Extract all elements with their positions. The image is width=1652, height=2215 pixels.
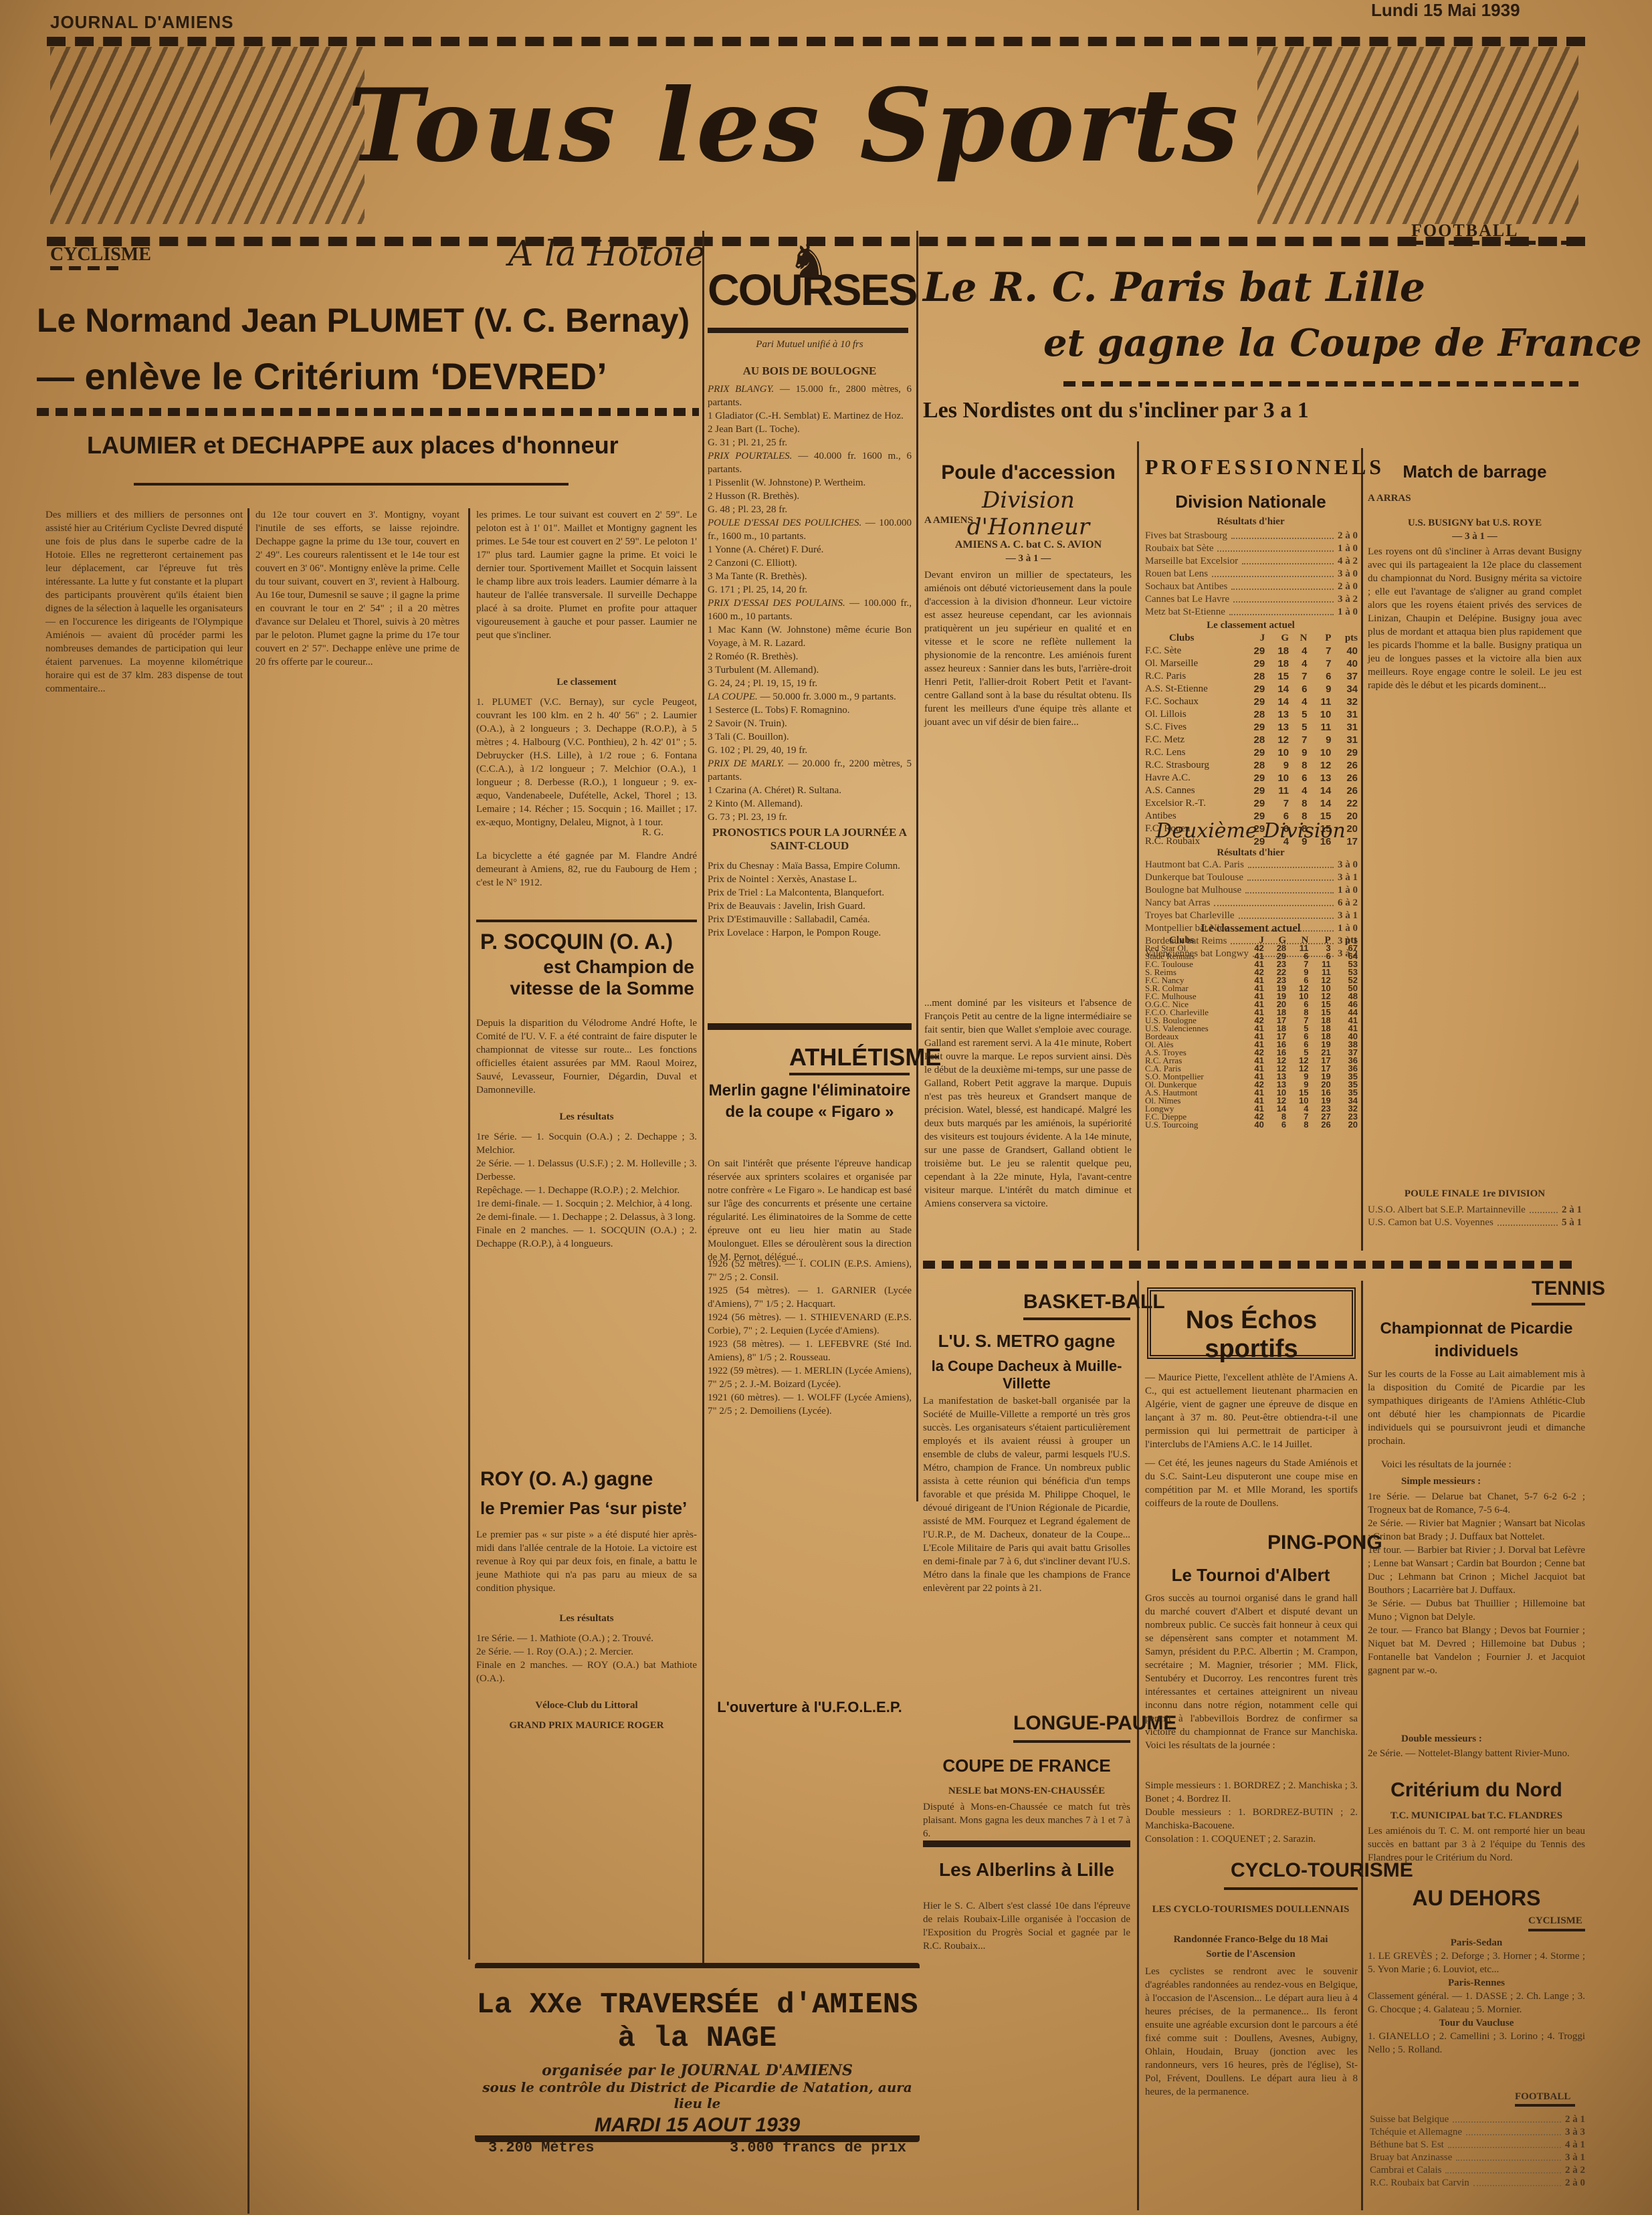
section-label-tennis: TENNIS xyxy=(1532,1277,1605,1300)
section-label-athletisme: ATHLÉTISME xyxy=(789,1043,941,1071)
result-line: 1921 (60 mètres). — 1. WOLFF (Lycée Amie… xyxy=(708,1391,912,1418)
result-line: Simple messieurs : 1. BORDREZ ; 2. Manch… xyxy=(1145,1779,1358,1806)
subheading: Les résultats xyxy=(476,1612,697,1625)
result-line: 1re Série. — 1. Socquin (O.A.) ; 2. Dech… xyxy=(476,1130,697,1157)
column-divider xyxy=(1361,448,1363,1251)
result-line: Troyes bat Charleville3 à 1 xyxy=(1145,910,1358,922)
result-line: 2e tour. — Franco bat Blangy ; Devos bat… xyxy=(1368,1624,1585,1677)
article-body: Le premier pas « sur piste » a été dispu… xyxy=(476,1528,697,1595)
control-text: sous le contrôle du District de Picardie… xyxy=(475,2079,920,2111)
results-list: 1re Série. — 1. Socquin (O.A.) ; 2. Dech… xyxy=(476,1130,697,1251)
pronostic: Prix D'Estimauville : Sallabadil, Caméa. xyxy=(708,913,912,926)
headline: Le Normand Jean PLUMET (V. C. Bernay) xyxy=(37,301,690,340)
article-body: Sur les courts de la Fosse au Lait aimab… xyxy=(1368,1368,1585,1448)
article-body: Hier le S. C. Albert s'est classé 10e da… xyxy=(923,1899,1130,1953)
headline: Critérium du Nord xyxy=(1364,1779,1588,1802)
standings-table: ClubsJGNPptsF.C. Sète29184740Ol. Marseil… xyxy=(1142,632,1360,848)
match-result: NESLE bat MONS-EN-CHAUSSÉE xyxy=(920,1784,1134,1798)
result-line: Roubaix bat Sète1 à 0 xyxy=(1145,542,1358,555)
athletes-illustration-left xyxy=(50,47,365,224)
article-body: On sait l'intérêt que présente l'épreuve… xyxy=(708,1157,912,1264)
result-line: Finale en 2 manches. — ROY (O.A.) bat Ma… xyxy=(476,1659,697,1685)
echos-list: — Maurice Piette, l'excellent athlète de… xyxy=(1145,1371,1358,1510)
divider xyxy=(37,408,699,416)
event-distance: 3.200 Mètres xyxy=(488,2139,594,2156)
author-signature: R. G. xyxy=(642,826,663,839)
article-body: du 12e tour couvert en 3'. Montigny, voy… xyxy=(255,508,459,669)
section-label-professionnels: PROFESSIONNELS xyxy=(1145,455,1384,480)
result-line: 1re demi-finale. — 1. Socquin ; 2. Melch… xyxy=(476,1197,697,1210)
divider xyxy=(1528,1929,1585,1931)
subheadline: Les Nordistes ont du s'incliner par 3 a … xyxy=(923,398,1309,423)
article-body: La bicyclette a été gagnée par M. Flandr… xyxy=(476,849,697,889)
race-block: PRIX D'ESSAI DES POULAINS. — 100.000 fr.… xyxy=(708,597,912,690)
divider xyxy=(1224,1887,1358,1890)
pronostic: Prix de Triel : La Malcontenta, Blanquef… xyxy=(708,886,912,900)
results-list: Suisse bat Belgique2 à 1Tchéquie et Alle… xyxy=(1370,2113,1585,2190)
article-body: Les amiénois du T. C. M. ont remporté hi… xyxy=(1368,1824,1585,1865)
column-divider xyxy=(247,508,249,2214)
pronostic: Prix Lovelace : Harpon, le Pompon Rouge. xyxy=(708,926,912,940)
result-line: U.S. Camon bat U.S. Voyennes5 à 1 xyxy=(1368,1217,1582,1229)
section-label-football: FOOTBALL xyxy=(1515,2090,1570,2103)
headline: Poule d'accession xyxy=(923,461,1134,484)
result-line: 2e demi-finale. — 1. Dechappe ; 2. Delas… xyxy=(476,1210,697,1224)
result-line: 1924 (56 mètres). — 1. STHIEVENARD (E.P.… xyxy=(708,1311,912,1338)
result-line: 1er tour. — Barbier bat Rivier ; J. Dorv… xyxy=(1368,1544,1585,1597)
swim-event-box: La XXe TRAVERSÉE d'AMIENS à la NAGE orga… xyxy=(475,1963,920,2142)
divider xyxy=(1411,241,1578,245)
headline: Les Alberlins à Lille xyxy=(920,1859,1134,1881)
section-label-cyclisme: CYCLISME xyxy=(50,244,151,266)
pronostic: Prix du Chesnay : Maïa Bassa, Empire Col… xyxy=(708,859,912,873)
column-divider xyxy=(1361,1281,1363,2210)
article-body: Des milliers et des milliers de personne… xyxy=(45,508,243,696)
result-line: Marseille bat Excelsior4 à 2 xyxy=(1145,555,1358,568)
table-row: F.C. Metz28127931 xyxy=(1142,734,1360,746)
result-line: Dunkerque bat Toulouse3 à 1 xyxy=(1145,871,1358,884)
subheading: Randonnée Franco-Belge du 18 Mai xyxy=(1144,1933,1358,1946)
column-divider xyxy=(1137,1281,1139,2210)
event-prize: 3.000 francs de prix xyxy=(730,2139,906,2156)
race-name: Tour du Vaucluse xyxy=(1368,2016,1585,2030)
subheading: AU BOIS DE BOULOGNE xyxy=(708,364,912,378)
article-body: Les royens ont dû s'incliner à Arras dev… xyxy=(1368,545,1582,692)
division-title: Deuxième Division xyxy=(1144,819,1358,843)
result-line: Rouen bat Lens3 à 0 xyxy=(1145,568,1358,581)
race-block: PRIX DE MARLY. — 20.000 fr., 2200 mètres… xyxy=(708,757,912,824)
pronostic: Prix de Nointel : Xerxès, Anastase L. xyxy=(708,873,912,886)
newspaper-page: JOURNAL D'AMIENS Lundi 15 Mai 1939 Tous … xyxy=(0,0,1652,2215)
headline: Championnat de Picardie individuels xyxy=(1364,1317,1588,1363)
result-line: 1923 (58 mètres). — 1. LEFEBVRE (Sté Ind… xyxy=(708,1338,912,1364)
result-line: 1922 (59 mètres). — 1. MERLIN (Lycée Ami… xyxy=(708,1364,912,1391)
article-body: ...ment dominé par les visiteurs et l'ab… xyxy=(924,996,1132,1210)
column-divider xyxy=(1137,441,1139,1251)
event-title: La XXe TRAVERSÉE d'AMIENS à la NAGE xyxy=(475,1988,920,2055)
result-line: Suisse bat Belgique2 à 1 xyxy=(1370,2113,1585,2126)
result-line: 2e Série. — 1. Delassus (U.S.F.) ; 2. M.… xyxy=(476,1157,697,1184)
table-row: R.C. Paris28157637 xyxy=(1142,670,1360,683)
result-line: 1926 (52 mètres). — 1. COLIN (E.P.S. Ami… xyxy=(708,1257,912,1284)
table-row: R.C. Lens291091029 xyxy=(1142,746,1360,759)
result-line: Sochaux bat Antibes2 à 0 xyxy=(1145,581,1358,593)
subheading: Double messieurs : xyxy=(1401,1732,1482,1746)
headline: P. SOCQUIN (O. A.) xyxy=(480,930,673,954)
race-name: Paris-Sedan xyxy=(1368,1936,1585,1949)
race-results: Paris-Sedan 1. LE GREVÈS ; 2. Deforge ; … xyxy=(1368,1936,1585,2056)
result-line: Tchéquie et Allemagne3 à 3 xyxy=(1370,2126,1585,2139)
headline: Match de barrage xyxy=(1364,461,1585,482)
section-label-cyclisme: CYCLISME xyxy=(1528,1914,1582,1927)
result-line: 1re Série. — Delarue bat Chanet, 5-7 6-2… xyxy=(1368,1490,1585,1517)
kicker: A la Hotoie xyxy=(508,234,706,274)
result-line: Bruay bat Anzinasse3 à 1 xyxy=(1370,2151,1585,2164)
pronostic: Prix de Beauvais : Javelin, Irish Guard. xyxy=(708,900,912,913)
result-line: Boulogne bat Mulhouse1 à 0 xyxy=(1145,884,1358,897)
division-title: Division Nationale xyxy=(1144,492,1358,512)
echos-title-box: Nos Échos sportifs xyxy=(1147,1287,1356,1359)
match-result: T.C. MUNICIPAL bat T.C. FLANDRES xyxy=(1364,1809,1588,1822)
issue-date: Lundi 15 Mai 1939 xyxy=(1371,0,1520,21)
match-score: — 3 à 1 — xyxy=(1364,530,1585,543)
race-name: Paris-Rennes xyxy=(1368,1976,1585,1990)
table-row: A.S. St-Etienne29146934 xyxy=(1142,683,1360,696)
pronostics-list: Prix du Chesnay : Maïa Bassa, Empire Col… xyxy=(708,859,912,940)
headline: le Premier Pas ‘sur piste’ xyxy=(480,1498,687,1519)
courses-logo: COURSES ♞ xyxy=(708,234,912,334)
echo-item: — Cet été, les jeunes nageurs du Stade A… xyxy=(1145,1457,1358,1510)
results-list: Fives bat Strasbourg2 à 0Roubaix bat Sèt… xyxy=(1145,530,1358,619)
subheading: Résultats d'hier xyxy=(1144,846,1358,859)
divider xyxy=(134,483,569,486)
table-row: Ol. Lillois281351031 xyxy=(1142,708,1360,721)
table-row: F.C. Sète29184740 xyxy=(1142,645,1360,657)
result-line: Béthune bat S. Est4 à 1 xyxy=(1370,2139,1585,2151)
result-line: Hautmont bat C.A. Paris3 à 0 xyxy=(1145,859,1358,871)
headline: la Coupe Dacheux à Muille-Villette xyxy=(920,1358,1134,1392)
subheading: Le classement actuel xyxy=(1144,922,1358,935)
section-label-echos: Nos Échos sportifs xyxy=(1151,1306,1352,1364)
athletes-illustration-right xyxy=(1257,47,1578,224)
divider xyxy=(923,1840,1130,1847)
results-list: 1re Série. — Delarue bat Chanet, 5-7 6-2… xyxy=(1368,1490,1585,1677)
headline: ROY (O. A.) gagne xyxy=(480,1468,653,1491)
section-label-football: FOOTBALL xyxy=(1411,221,1518,241)
divider xyxy=(923,1261,1578,1269)
divider xyxy=(1023,1317,1130,1320)
subheading: Résultats d'hier xyxy=(1144,515,1358,528)
headline: COUPE DE FRANCE xyxy=(920,1756,1134,1776)
result-line: Finale en 2 manches. — 1. SOCQUIN (O.A.)… xyxy=(476,1224,697,1251)
dateline: A ARRAS xyxy=(1368,492,1411,505)
divider xyxy=(476,920,697,922)
headline: — enlève le Critérium ‘DEVRED’ xyxy=(37,354,607,398)
result-line: Nancy bat Arras6 à 2 xyxy=(1145,897,1358,910)
subheading: Le classement actuel xyxy=(1144,619,1358,632)
result-line: 2e Série. — Rivier bat Magnier ; Wansart… xyxy=(1368,1517,1585,1544)
dateline: A AMIENS xyxy=(924,514,973,527)
race-block: PRIX POURTALES. — 40.000 fr. 1600 m., 6 … xyxy=(708,449,912,516)
standings-table: ClubsJGNPptsRed Star Ol.422811367Stade R… xyxy=(1142,936,1360,1129)
article-body: Devant environ un millier de spectateurs… xyxy=(924,568,1132,729)
article-body: Disputé à Mons-en-Chaussée ce match fut … xyxy=(923,1800,1130,1840)
result-line: Cannes bat Le Havre3 à 2 xyxy=(1145,593,1358,606)
headline: AU DEHORS xyxy=(1364,1886,1588,1911)
table-row: Excelsior R.-T.29781422 xyxy=(1142,797,1360,810)
table-row: A.S. Cannes291141426 xyxy=(1142,784,1360,797)
race-block: PRIX BLANGY. — 15.000 fr., 2800 mètres, … xyxy=(708,383,912,449)
subheading: GRAND PRIX MAURICE ROGER xyxy=(476,1719,697,1732)
journal-name: JOURNAL D'AMIENS xyxy=(50,12,234,33)
article-body: Gros succès au tournoi organisé dans le … xyxy=(1145,1592,1358,1752)
section-label-pingpong: PING-PONG xyxy=(1267,1532,1382,1554)
divider xyxy=(1515,2104,1575,2107)
section-label-basket: BASKET-BALL xyxy=(1023,1291,1165,1313)
divider xyxy=(1532,1303,1585,1305)
subheading: LES CYCLO-TOURISMES DOULLENNAIS xyxy=(1144,1903,1358,1916)
headline: et gagne la Coupe de France xyxy=(1043,321,1642,365)
match-score: — 3 à 1 — xyxy=(923,552,1134,565)
article-body: Les cyclistes se rendront avec le souven… xyxy=(1145,1965,1358,2099)
subheading: Simple messieurs : xyxy=(1401,1475,1481,1488)
divider xyxy=(789,1073,910,1075)
column-divider xyxy=(916,231,918,1501)
article-body: La manifestation de basket-ball organisé… xyxy=(923,1394,1130,1595)
headline: L'ouverture à l'U.F.O.L.E.P. xyxy=(708,1699,912,1716)
match-result: U.S. BUSIGNY bat U.S. ROYE xyxy=(1364,516,1585,530)
intro-text: Voici les résultats de la journée : xyxy=(1381,1458,1512,1471)
table-row: Havre A.C.291061326 xyxy=(1142,772,1360,784)
table-row: R.C. Strasbourg28981226 xyxy=(1142,759,1360,772)
event-date: MARDI 15 AOUT 1939 xyxy=(475,2114,920,2137)
table-row: F.C. Sochaux291441132 xyxy=(1142,696,1360,708)
result-line: R.C. Roubaix bat Carvin2 à 0 xyxy=(1370,2177,1585,2190)
headline: Le Tournoi d'Albert xyxy=(1144,1565,1358,1586)
result-line: 3e Série. — Dubus bat Thuillier ; Hillem… xyxy=(1368,1597,1585,1624)
divider xyxy=(1063,381,1578,387)
subheading: PRONOSTICS POUR LA JOURNÉE A SAINT-CLOUD xyxy=(708,826,912,853)
results-list: 1926 (52 mètres). — 1. COLIN (E.P.S. Ami… xyxy=(708,1257,912,1418)
table-row: S.C. Fives291351131 xyxy=(1142,721,1360,734)
result-line: Consolation : 1. COQUENET ; 2. Sarazin. xyxy=(1145,1832,1358,1846)
subheading: POULE FINALE 1re DIVISION xyxy=(1364,1187,1585,1200)
results-list: U.S.O. Albert bat S.E.P. Martainneville2… xyxy=(1368,1204,1582,1229)
column-divider xyxy=(468,508,470,1960)
headline: Merlin gagne l'éliminatoire de la coupe … xyxy=(708,1080,912,1123)
divider xyxy=(708,328,908,333)
result-line: Repêchage. — 1. Dechappe (R.O.P.) ; 2. M… xyxy=(476,1184,697,1197)
result-line: Double messieurs : 1. BORDREZ-BUTIN ; 2.… xyxy=(1145,1806,1358,1832)
race-result: 1. LE GREVÈS ; 2. Deforge ; 3. Horner ; … xyxy=(1368,1949,1585,1976)
column-divider xyxy=(702,231,704,1963)
subheading: Véloce-Club du Littoral xyxy=(476,1699,697,1712)
divider xyxy=(50,266,124,270)
race-block: POULE D'ESSAI DES POULICHES. — 100.000 f… xyxy=(708,516,912,597)
divider xyxy=(708,1023,912,1030)
pari-mutuel: Pari Mutuel unifié à 10 frs xyxy=(708,338,912,351)
race-result: Classement général. — 1. DASSE ; 2. Ch. … xyxy=(1368,1990,1585,2016)
race-block: LA COUPE. — 50.000 fr. 3.000 m., 9 parta… xyxy=(708,690,912,757)
echo-item: — Maurice Piette, l'excellent athlète de… xyxy=(1145,1371,1358,1451)
headline: Le R. C. Paris bat Lille xyxy=(923,264,1425,311)
results-list: 1re Série. — 1. Mathiote (O.A.) ; 2. Tro… xyxy=(476,1632,697,1685)
result-line: Fives bat Strasbourg2 à 0 xyxy=(1145,530,1358,542)
subheadline: LAUMIER et DECHAPPE aux places d'honneur xyxy=(87,431,619,459)
headline: est Champion de vitesse de la Somme xyxy=(480,956,694,999)
result-line: 1re Série. — 1. Mathiote (O.A.) ; 2. Tro… xyxy=(476,1632,697,1645)
subheading: Les résultats xyxy=(476,1110,697,1124)
result-line: 1925 (54 mètres). — 1. GARNIER (Lycée d'… xyxy=(708,1284,912,1311)
table-row: Ol. Marseille29184740 xyxy=(1142,657,1360,670)
results-list: Simple messieurs : 1. BORDREZ ; 2. Manch… xyxy=(1145,1779,1358,1846)
match-result: AMIENS A. C. bat C. S. AVION xyxy=(923,538,1134,552)
result-line: Cambrai et Calais2 à 2 xyxy=(1370,2164,1585,2177)
subheading: Sortie de l'Ascension xyxy=(1144,1947,1358,1961)
result-line: Metz bat St-Etienne1 à 0 xyxy=(1145,606,1358,619)
race-results: PRIX BLANGY. — 15.000 fr., 2800 mètres, … xyxy=(708,383,912,824)
headline: L'U. S. METRO gagne xyxy=(920,1331,1134,1352)
divider xyxy=(1013,1740,1130,1743)
article-body: Depuis la disparition du Vélodrome André… xyxy=(476,1017,697,1097)
race-result: 1. GIANELLO ; 2. Camellini ; 3. Lorino ;… xyxy=(1368,2030,1585,2056)
result-line: 2e Série. — 1. Roy (O.A.) ; 2. Mercier. xyxy=(476,1645,697,1659)
race-ranking: 1. PLUMET (V.C. Bernay), sur cycle Peuge… xyxy=(476,696,697,829)
horse-jockey-icon: ♞ xyxy=(788,234,830,290)
result-line: U.S.O. Albert bat S.E.P. Martainneville2… xyxy=(1368,1204,1582,1217)
masthead-title: Tous les Sports xyxy=(348,67,1241,185)
organiser: organisée par le JOURNAL D'AMIENS xyxy=(475,2062,920,2079)
article-body: les primes. Le tour suivant est couvert … xyxy=(476,508,697,642)
subheading: Le classement xyxy=(476,675,697,689)
table-row: U.S. Tourcoing40682620 xyxy=(1142,1121,1360,1129)
result-line: 2e Série. — Nottelet-Blangy battent Rivi… xyxy=(1368,1747,1585,1760)
